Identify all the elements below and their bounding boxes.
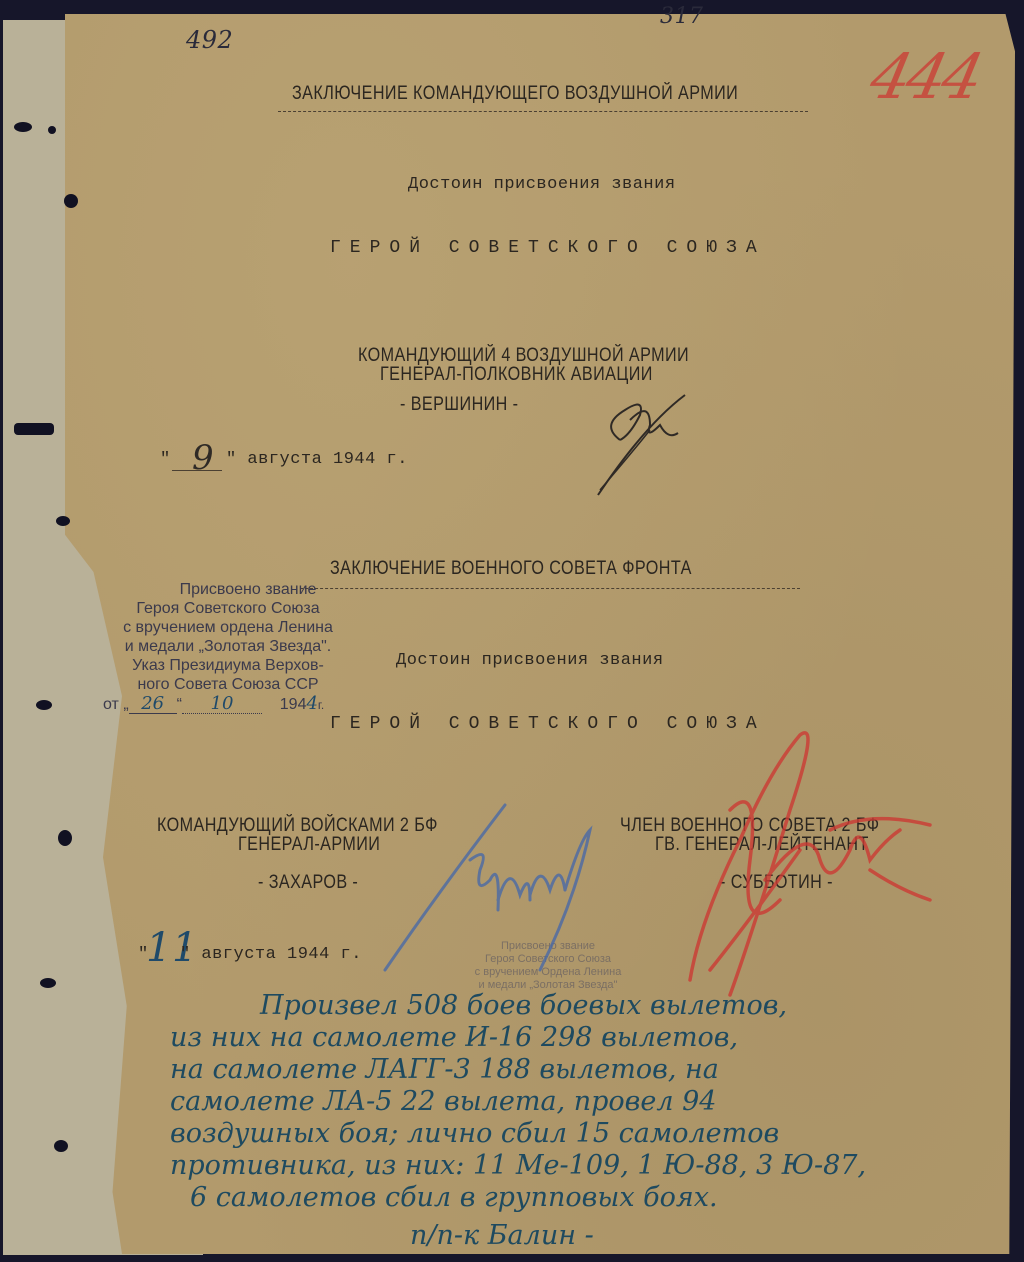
heading-underline [300,588,800,589]
front-council-date-rest: " августа 1944 г. [180,945,362,964]
citation-line: воздушных боя; лично сбил 15 самолетов [170,1118,1000,1150]
stamp-date-year-hand: 4 [306,693,317,714]
binding-hole [36,700,52,710]
stamp-line: Героя Советского Союза [103,599,353,618]
stamp-date-line: от „26“10 1944г. [103,694,353,715]
binding-hole [64,194,78,208]
date-day-underline [172,470,222,471]
binding-hole [58,830,72,846]
air-army-title: ГЕРОЙ СОВЕТСКОГО СОЮЗА [330,238,766,258]
stamp-line: с вручением ордена Ленина [103,618,353,637]
zakharov-signature [380,800,620,980]
stamp-line: ного Совета Союза ССР [103,675,353,694]
binding-hole [40,978,56,988]
left-signer-position-2: ГЕНЕРАЛ-АРМИИ [238,834,380,856]
handwritten-citation: Произвел 508 боев боевых вылетов, из них… [170,990,1000,1252]
vershinin-signature [590,385,710,525]
stamp-date-day: 26 [129,694,177,714]
air-army-heading: ЗАКЛЮЧЕНИЕ КОМАНДУЮЩЕГО ВОЗДУШНОЙ АРМИИ [292,83,738,105]
subbotin-signature [670,720,960,1000]
binding-hole [14,423,54,435]
page-number-top: 317 [660,4,704,29]
citation-line: самолете ЛА-5 22 вылета, провел 94 [170,1086,1000,1118]
red-pencil-mark: 444 [864,40,986,113]
citation-line: на самолете ЛАГГ-3 188 вылетов, на [170,1054,1000,1086]
stamp-line: и медали „Золотая Звезда". [103,637,353,656]
binding-hole [48,126,56,134]
air-army-date-day: 9 [192,438,214,478]
citation-signoff: п/п-к Балин - [170,1220,1000,1252]
stamp-date-year: 194 [280,696,307,713]
binding-hole [54,1140,68,1152]
award-stamp: Присвоено звание Героя Советского Союза … [103,580,353,715]
binding-hole [14,122,32,132]
citation-line: противника, из них: 11 Ме-109, 1 Ю-88, 3… [170,1150,1000,1182]
binding-hole [56,516,70,526]
air-army-verdict: Достоин присвоения звания [408,175,676,194]
citation-line: из них на самолете И-16 298 вылетов, [170,1022,1000,1054]
air-army-signer-position-2: ГЕНЕРАЛ-ПОЛКОВНИК АВИАЦИИ [380,364,653,386]
stamp-line: Указ Президиума Верхов- [103,656,353,675]
stamp-line: Присвоено звание [103,580,353,599]
air-army-date-rest: " августа 1944 г. [226,450,408,469]
citation-line: 6 самолетов сбил в групповых боях. [170,1182,1000,1214]
front-council-heading: ЗАКЛЮЧЕНИЕ ВОЕННОГО СОВЕТА ФРОНТА [330,558,692,580]
front-council-verdict: Достоин присвоения звания [396,651,664,670]
stamp-date-prefix: от „ [103,696,129,713]
stamp-date-month: 10 [182,694,262,714]
heading-underline [278,111,808,112]
left-signer-name: - ЗАХАРОВ - [258,872,358,894]
page-number-left: 492 [186,26,233,54]
air-army-signer-name: - ВЕРШИНИН - [400,394,518,416]
citation-line: Произвел 508 боев боевых вылетов, [170,990,1000,1022]
stamp-date-suffix: г. [318,698,324,712]
air-army-date-quote: " [160,450,171,469]
